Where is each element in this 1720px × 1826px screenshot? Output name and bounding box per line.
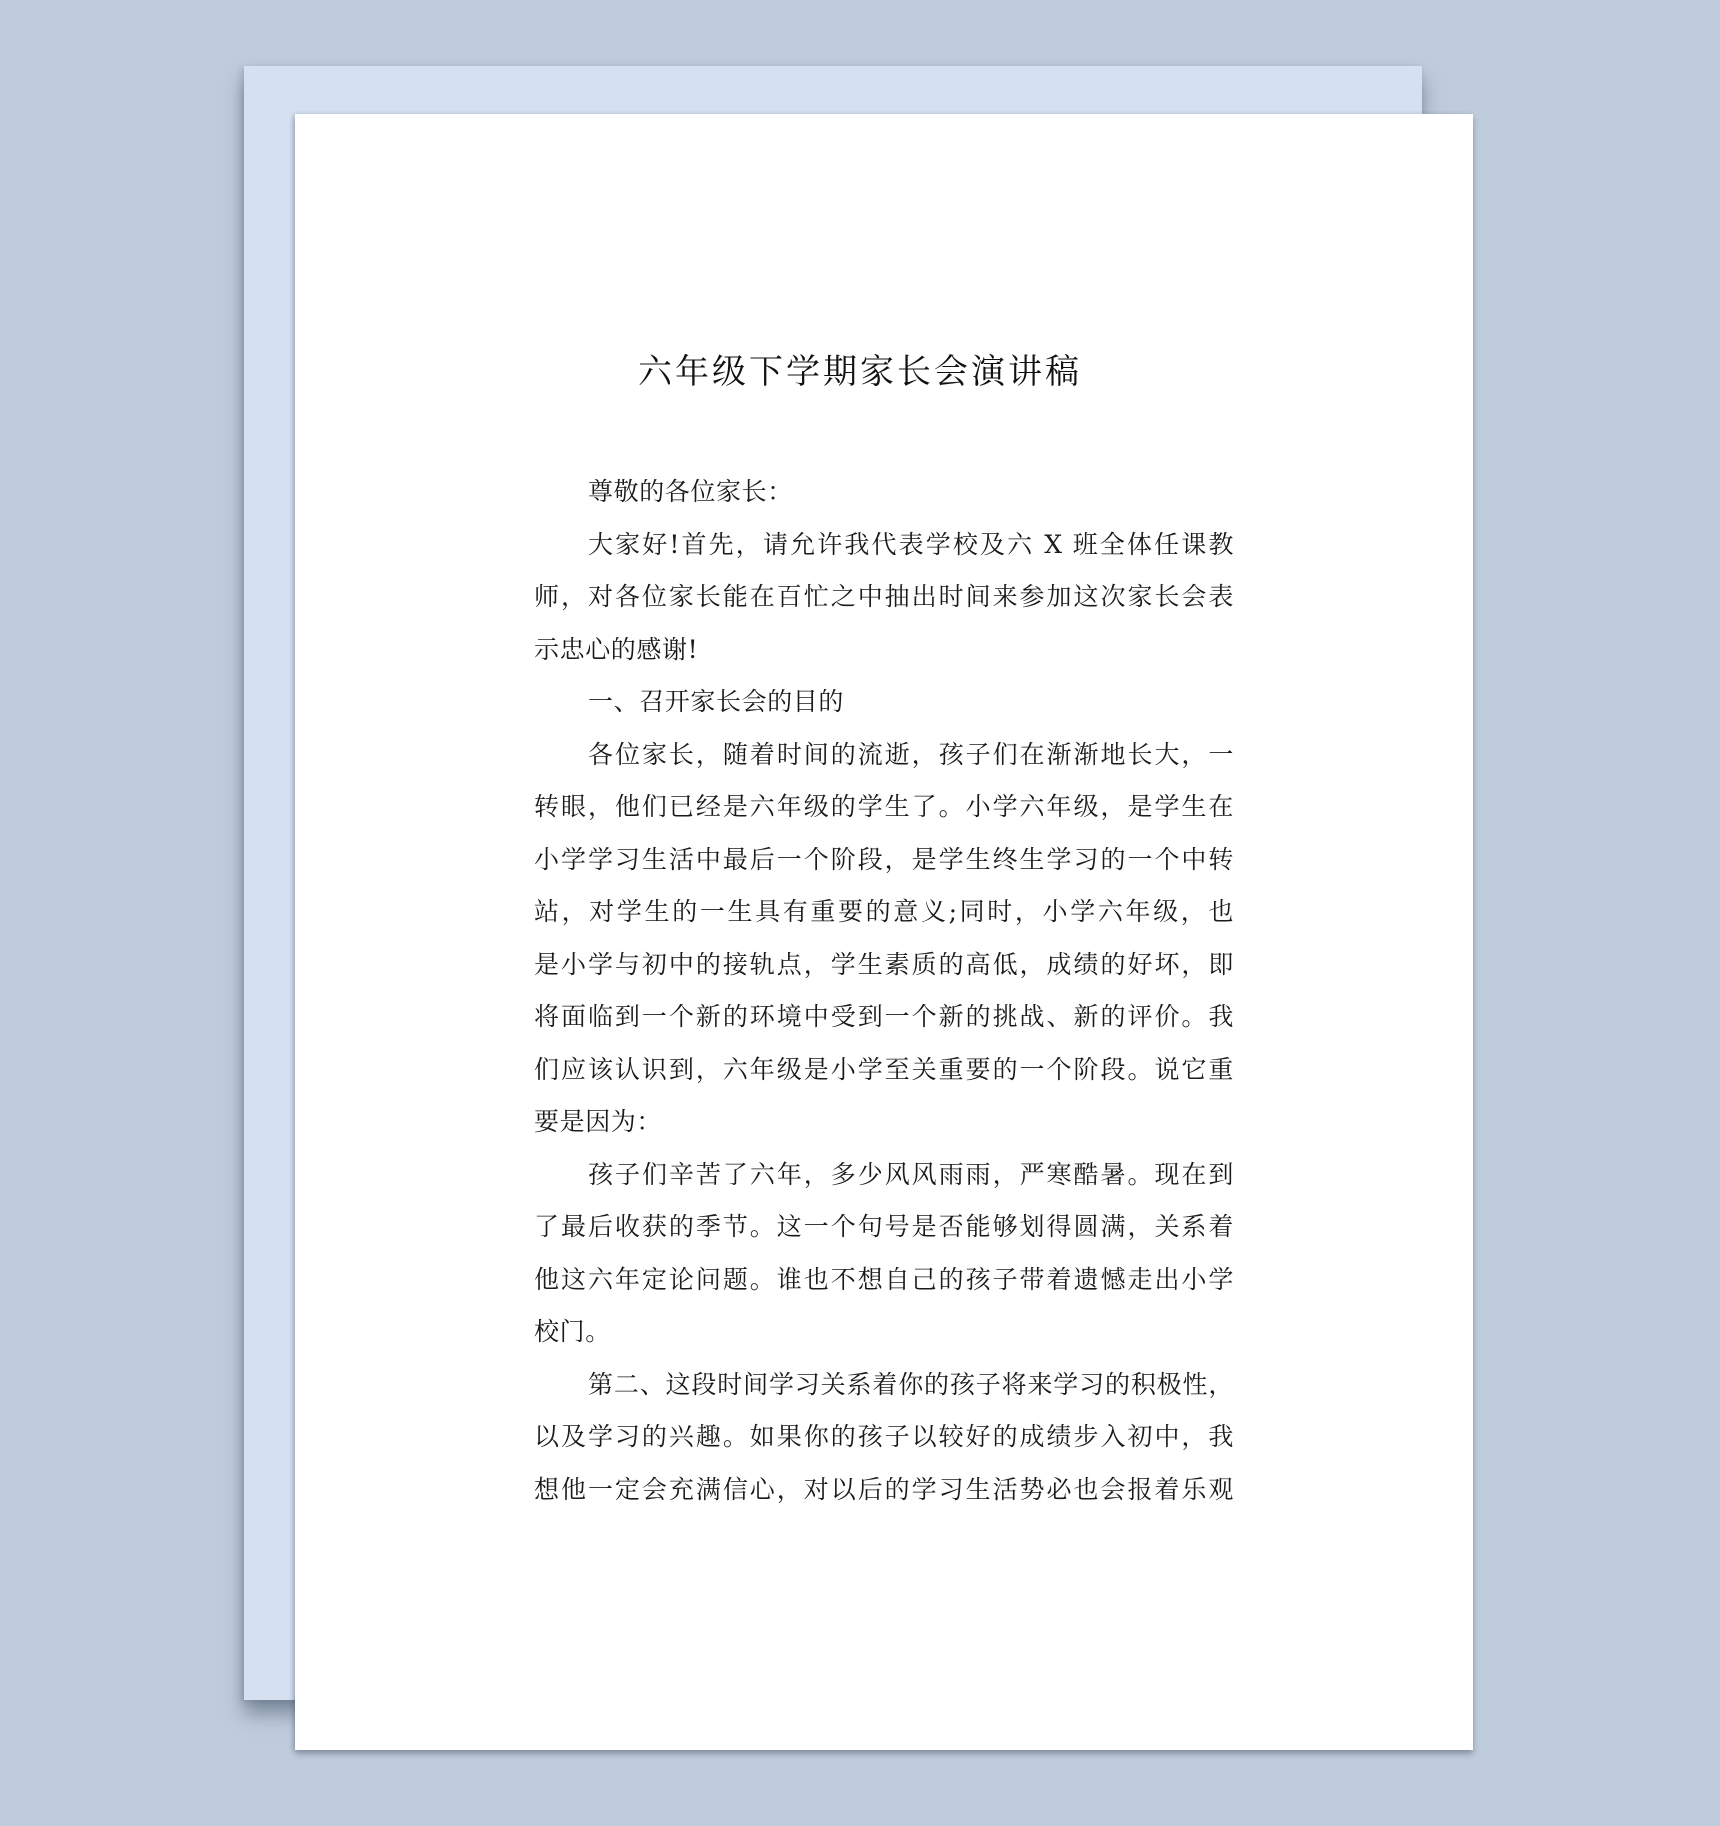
body-line: 尊敬的各位家长： [534, 466, 1234, 519]
body-line: 将面临到一个新的环境中受到一个新的挑战、新的评价。我 [534, 991, 1234, 1044]
document-title: 六年级下学期家长会演讲稿 [0, 348, 1720, 396]
body-line: 以及学习的兴趣。如果你的孩子以较好的成绩步入初中，我 [534, 1411, 1234, 1464]
body-line: 师，对各位家长能在百忙之中抽出时间来参加这次家长会表 [534, 571, 1234, 624]
body-line: 了最后收获的季节。这一个句号是否能够划得圆满，关系着 [534, 1201, 1234, 1254]
body-line: 示忠心的感谢! [534, 624, 1234, 677]
document-body: 尊敬的各位家长： 大家好!首先，请允许我代表学校及六 X 班全体任课教 师，对各… [534, 466, 1234, 1516]
body-line: 想他一定会充满信心，对以后的学习生活势必也会报着乐观 [534, 1464, 1234, 1517]
body-line: 们应该认识到，六年级是小学至关重要的一个阶段。说它重 [534, 1044, 1234, 1097]
body-line: 校门。 [534, 1306, 1234, 1359]
body-line: 小学学习生活中最后一个阶段，是学生终生学习的一个中转 [534, 834, 1234, 887]
body-line: 大家好!首先，请允许我代表学校及六 X 班全体任课教 [534, 519, 1234, 572]
body-line: 转眼，他们已经是六年级的学生了。小学六年级，是学生在 [534, 781, 1234, 834]
body-line: 孩子们辛苦了六年，多少风风雨雨，严寒酷暑。现在到 [534, 1149, 1234, 1202]
body-line: 第二、这段时间学习关系着你的孩子将来学习的积极性， [534, 1359, 1234, 1412]
body-line: 站，对学生的一生具有重要的意义;同时，小学六年级，也 [534, 886, 1234, 939]
body-line: 是小学与初中的接轨点，学生素质的高低，成绩的好坏，即 [534, 939, 1234, 992]
body-line: 各位家长，随着时间的流逝，孩子们在渐渐地长大，一 [534, 729, 1234, 782]
body-line: 要是因为： [534, 1096, 1234, 1149]
section-heading: 一、召开家长会的目的 [534, 676, 1234, 729]
body-line: 他这六年定论问题。谁也不想自己的孩子带着遗憾走出小学 [534, 1254, 1234, 1307]
